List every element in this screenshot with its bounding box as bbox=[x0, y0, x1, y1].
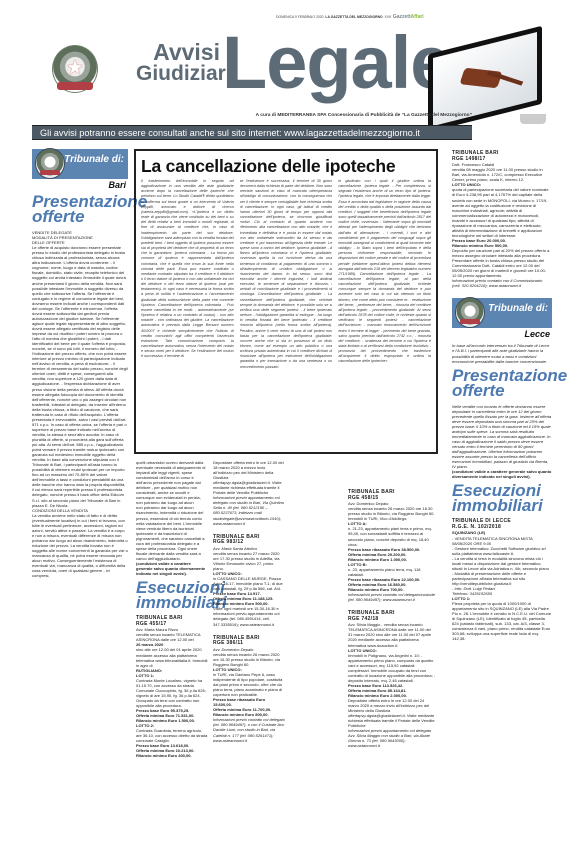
offer-body: Le offerte di acquisto dovranno essere p… bbox=[32, 245, 128, 507]
deposit-text: Depositare offerta entro le ore 12.00 de… bbox=[213, 460, 285, 495]
gazzettaffari-logo: GazzettAffari bbox=[393, 14, 424, 20]
tribunal-label: Tribunale di: bbox=[64, 157, 124, 162]
website-banner: Gli avvisi potranno essere consultati an… bbox=[32, 125, 472, 140]
conditions-note: (condizioni valide a carattere generale … bbox=[452, 469, 552, 479]
offer-text: Nelle vendite con incanto le offerte dov… bbox=[452, 404, 552, 470]
tribunal-city: Lecce bbox=[452, 328, 552, 339]
tribunal-header-lecce: Tribunale di: bbox=[452, 298, 552, 328]
masthead-title-legale: Legale bbox=[222, 26, 450, 100]
section-title: Presentazione offerte bbox=[32, 194, 128, 224]
topline-date: DOMENICA 9 FEBBRAIO 2020 bbox=[276, 15, 324, 19]
italian-republic-emblem-icon: ★ bbox=[52, 45, 98, 93]
mid-left-column: quelli urbanistici ovvero derivanti dall… bbox=[136, 460, 208, 758]
section-title-esecuzioni: Esecuzioni immobiliari bbox=[136, 580, 208, 610]
notice-body: Avv. Domenico Depalo vendita senza incan… bbox=[213, 647, 285, 743]
article-col-1: Il trasferimento dell'immobile in seguit… bbox=[141, 179, 234, 449]
article-col-2: se l'estinzione è successiva, il termine… bbox=[240, 179, 333, 449]
conditions-body: La vendita avviene nello stato di fatto … bbox=[32, 513, 128, 579]
notice-body: Avv. Silvia Maggio - vendita senza incan… bbox=[348, 622, 436, 748]
notice-body: Avv. Maria Maura Rizzo vendita senza inc… bbox=[136, 627, 208, 758]
topline-paper: LA GAZZETTA DEL MEZZOGIORNO bbox=[325, 15, 382, 19]
left-column: Tribunale di: Bari Presentazione offerte… bbox=[32, 149, 128, 578]
emblem-icon bbox=[455, 297, 485, 328]
lecce-intro: In base all'accordo intervenuto tra il T… bbox=[452, 343, 552, 363]
continued-text: quelli urbanistici ovvero derivanti dall… bbox=[136, 460, 208, 505]
masthead-title-avvisi: Avvisi Giudiziari bbox=[136, 42, 220, 84]
tribunal-city: Bari bbox=[32, 179, 128, 190]
emblem-icon bbox=[35, 148, 65, 179]
section-title: Presentazione offerte bbox=[452, 368, 552, 398]
notice-body: Avv. Maria Santa Attolico vendita senza … bbox=[213, 546, 285, 627]
tribunal-label: Tribunale di: bbox=[488, 306, 548, 311]
conditions-note: (condizioni valide a carattere generale … bbox=[136, 561, 208, 576]
masthead-subtitle: A cura di MEDITERRANEA SPA Concessionari… bbox=[100, 113, 472, 118]
topline-page: XVII bbox=[385, 15, 391, 19]
feature-article: La cancellazione delle ipoteche Il trasf… bbox=[134, 149, 438, 454]
page-topline: DOMENICA 9 FEBBRAIO 2020 LA GAZZETTA DEL… bbox=[276, 14, 424, 20]
info-text: Informazioni previo appuntamento col del… bbox=[213, 495, 285, 525]
notice-body: Dott. Francesco Cataldi vendita 08 maggi… bbox=[452, 162, 552, 288]
monitor-gavel-icon bbox=[424, 30, 554, 125]
mid-right-column: TRIBUNALE BARI RGE 458/15 Avv. Domenico … bbox=[348, 490, 436, 748]
right-column: TRIBUNALE BARI RGE 1498/17 Dott. Frances… bbox=[452, 151, 552, 642]
mid-center-column: Depositare offerta entro le ore 12.00 de… bbox=[213, 460, 285, 743]
notice-body: Avv. Domenico Depalo vendita senza incan… bbox=[348, 501, 436, 602]
continued-text: non potranno dar luogo ad alcun risarcim… bbox=[136, 505, 208, 561]
article-col-3: in giudicato con i quali il giudice ordi… bbox=[338, 179, 431, 449]
notice-body: - VENDITA TELEMATICA SINCRONA MISTA 08/0… bbox=[452, 536, 552, 642]
article-title: La cancellazione delle ipoteche bbox=[141, 157, 431, 175]
section-title-esecuzioni: Esecuzioni immobiliari bbox=[452, 483, 552, 513]
tribunal-header-bari: Tribunale di: bbox=[32, 149, 128, 179]
